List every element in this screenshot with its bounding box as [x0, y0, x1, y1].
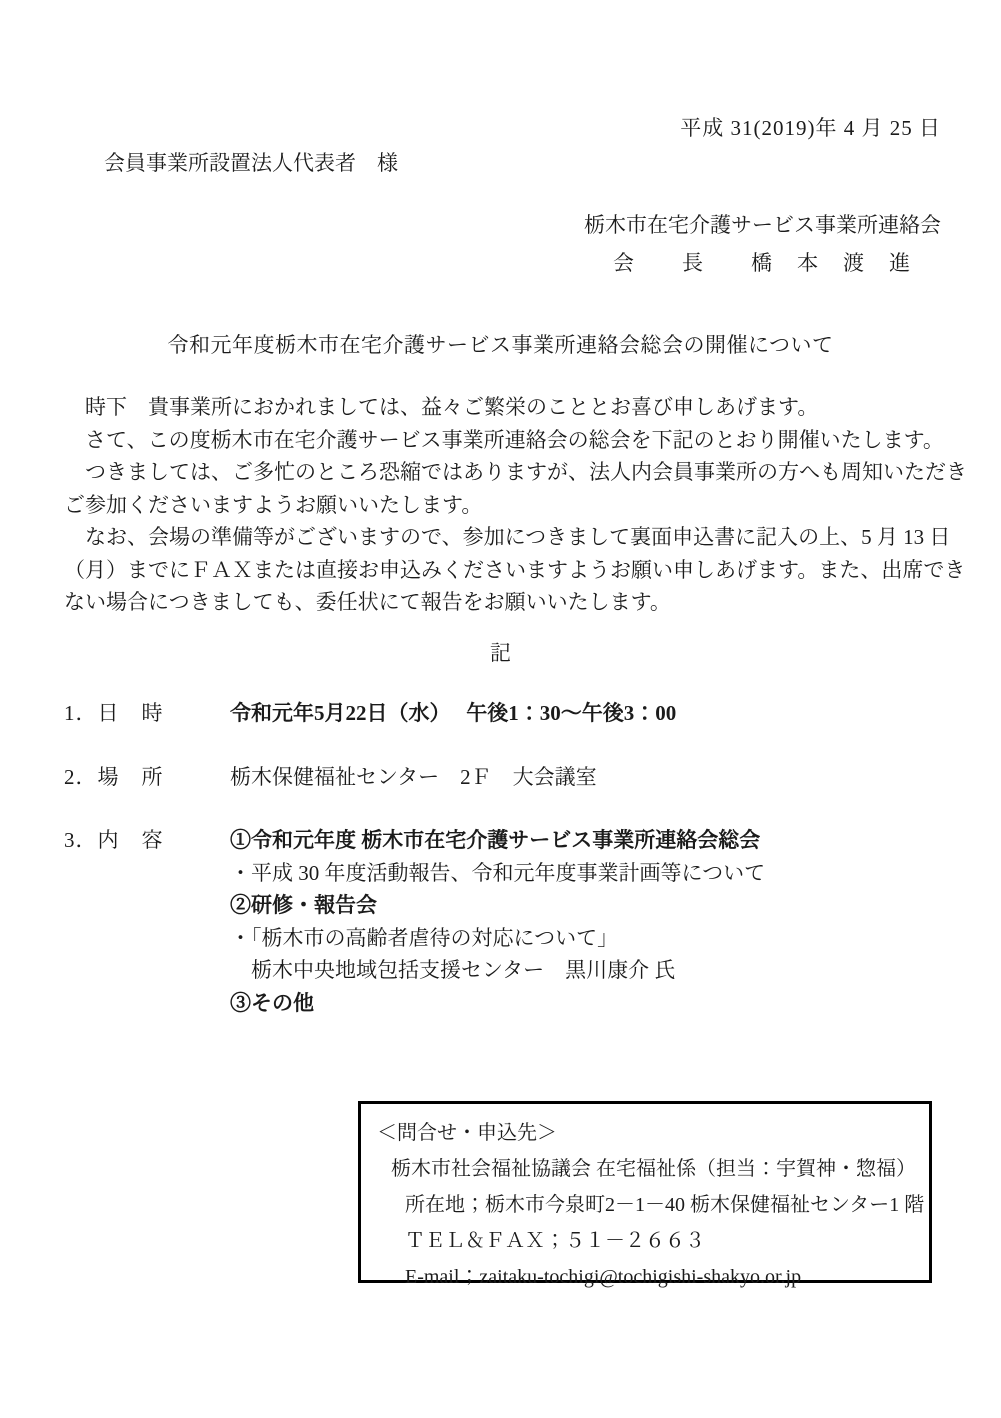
body-paragraphs: 時下 貴事業所におかれましては、益々ご繁栄のこととお喜び申しあげます。 さて、こ… — [64, 391, 944, 619]
recipient-line: 会員事業所設置法人代表者 様 — [104, 147, 398, 177]
content-line-lecturer: 栃木中央地域包括支援センター 黒川康介 氏 — [230, 954, 765, 987]
item-contents: 3．内 容 ①令和元年度 栃木市在宅介護サービス事業所連絡会総会 ・平成 30 … — [64, 824, 944, 1019]
document-title: 令和元年度栃木市在宅介護サービス事業所連絡会総会の開催について — [0, 329, 1001, 359]
body-line: さて、この度栃木市在宅介護サービス事業所連絡会の総会を下記のとおり開催いたします… — [64, 424, 944, 457]
letter-page: 平成 31(2019)年 4 月 25 日 会員事業所設置法人代表者 様 栃木市… — [0, 0, 1001, 1418]
content-line-lecture-title: ・「栃木市の高齢者虐待の対応について」 — [230, 922, 765, 955]
item-place: 2．場 所 栃木保健福祉センター 2Ｆ 大会議室 — [64, 761, 944, 794]
date-line: 平成 31(2019)年 4 月 25 日 — [680, 112, 941, 142]
content-line-training-session: ②研修・報告会 — [230, 889, 765, 922]
contact-box: ＜問合せ・申込先＞ 栃木市社会福祉協議会 在宅福祉係（担当：宇賀神・惣福） 所在… — [358, 1101, 932, 1283]
body-line: ない場合につきましても、委任状にて報告をお願いいたします。 — [64, 586, 944, 619]
item-contents-label: 3．内 容 — [64, 824, 230, 857]
contact-heading: ＜問合せ・申込先＞ — [361, 1115, 929, 1151]
body-line: 時下 貴事業所におかれましては、益々ご繁栄のこととお喜び申しあげます。 — [64, 391, 944, 424]
sender-block: 栃木市在宅介護サービス事業所連絡会 会 長 橋 本 渡 進 — [584, 206, 941, 282]
items-block: 1．日 時 令和元年5月22日（水） 午後1：30～午後3：00 2．場 所 栃… — [64, 697, 944, 1050]
item-datetime-label: 1．日 時 — [64, 697, 230, 730]
item-datetime: 1．日 時 令和元年5月22日（水） 午後1：30～午後3：00 — [64, 697, 944, 730]
body-line: つきましては、ご多忙のところ恐縮ではありますが、法人内会員事業所の方へも周知いた… — [64, 456, 944, 489]
item-place-value: 栃木保健福祉センター 2Ｆ 大会議室 — [230, 761, 597, 794]
sender-representative: 会 長 橋 本 渡 進 — [584, 244, 941, 282]
contact-address: 所在地；栃木市今泉町2－1－40 栃木保健福祉センター1 階 — [361, 1187, 929, 1223]
record-marker: 記 — [0, 637, 1001, 667]
content-line-activity-report: ・平成 30 年度活動報告、令和元年度事業計画等について — [230, 857, 765, 890]
contact-organization: 栃木市社会福祉協議会 在宅福祉係（担当：宇賀神・惣福） — [361, 1151, 929, 1187]
item-place-label: 2．場 所 — [64, 761, 230, 794]
contact-email: E-mail；zaitaku-tochigi@tochigishi-shakyo… — [361, 1259, 929, 1295]
contact-telfax: ＴＥＬ＆ＦＡＸ；５１－２６６３ — [361, 1223, 929, 1259]
body-line: ご参加くださいますようお願いいたします。 — [64, 489, 944, 522]
body-line: なお、会場の準備等がございますので、参加につきまして裏面申込書に記入の上、5 月… — [64, 521, 944, 554]
content-line-others: ③その他 — [230, 987, 765, 1020]
item-datetime-value: 令和元年5月22日（水） 午後1：30～午後3：00 — [230, 697, 676, 730]
body-line: （月）までにＦＡＸまたは直接お申込みくださいますようお願い申しあげます。また、出… — [64, 554, 944, 587]
content-line-general-meeting: ①令和元年度 栃木市在宅介護サービス事業所連絡会総会 — [230, 824, 765, 857]
sender-organization: 栃木市在宅介護サービス事業所連絡会 — [584, 206, 941, 244]
item-contents-lines: ①令和元年度 栃木市在宅介護サービス事業所連絡会総会 ・平成 30 年度活動報告… — [230, 824, 765, 1019]
